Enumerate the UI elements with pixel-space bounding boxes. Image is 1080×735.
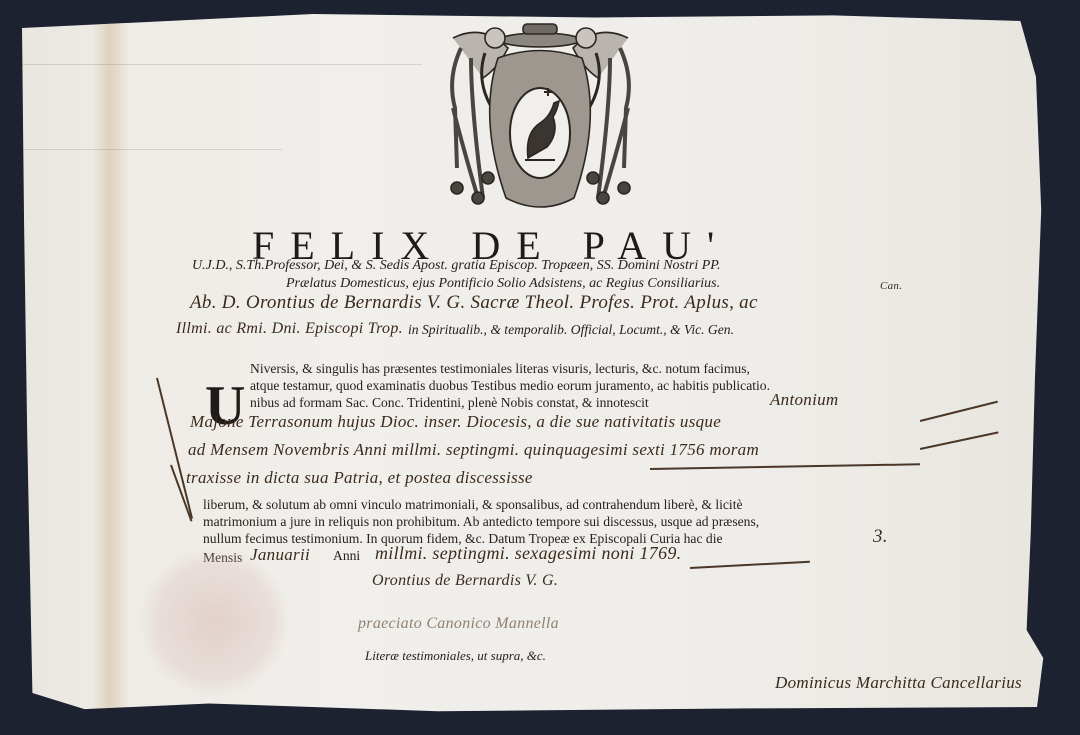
episcopal-coat-of-arms-icon: [433, 18, 648, 218]
footer-printed: Literæ testimoniales, ut supra, &c.: [365, 648, 546, 664]
embossed-seal: [140, 548, 290, 696]
body-line-4: liberum, & solutum ab omni vinculo matri…: [203, 497, 743, 513]
header-line-2: Prælatus Domesticus, ejus Pontificio Sol…: [286, 276, 720, 292]
date-anni-label: Anni: [333, 548, 360, 564]
body-line-2: atque testamur, quod examinatis duobus T…: [250, 378, 770, 394]
handwritten-name: Antonium: [770, 390, 839, 410]
body-line-1: Niversis, & singulis has præsentes testi…: [250, 361, 750, 377]
signature-vicar-general: Orontius de Bernardis V. G.: [372, 572, 558, 590]
body-line-3: nibus ad formam Sac. Conc. Tridentini, p…: [250, 395, 649, 411]
handwritten-insert-1: Majone Terrasonum hujus Dioc. inser. Dio…: [190, 412, 721, 432]
crease: [22, 64, 422, 65]
handwritten-insert-3: traxisse in dicta sua Patria, et postea …: [186, 468, 533, 488]
signature-faint: praeciato Canonico Mannella: [358, 615, 559, 633]
header-line-3-printed: in Spiritualib., & temporalib. Official,…: [408, 322, 734, 338]
date-day: 3.: [873, 526, 888, 548]
signature-chancellor: Dominicus Marchitta Cancellarius: [775, 673, 1022, 693]
handwritten-superscript: Can.: [880, 280, 902, 292]
body-line-5: matrimonium a jure in reliquis non prohi…: [203, 514, 759, 530]
date-year: millmi. septingmi. sexagesimi noni 1769.: [375, 543, 681, 564]
handwritten-insert-2: ad Mensem Novembris Anni millmi. septing…: [188, 440, 759, 460]
header-line-1: U.J.D., S.Th.Professor, Dei, & S. Sedis …: [192, 258, 721, 274]
handwritten-header-line-2: Illmi. ac Rmi. Dni. Episcopi Trop.: [176, 320, 403, 338]
handwritten-header-line-1: Ab. D. Orontius de Bernardis V. G. Sacræ…: [190, 292, 758, 314]
crease: [22, 149, 282, 150]
fold-stain: [92, 14, 130, 714]
